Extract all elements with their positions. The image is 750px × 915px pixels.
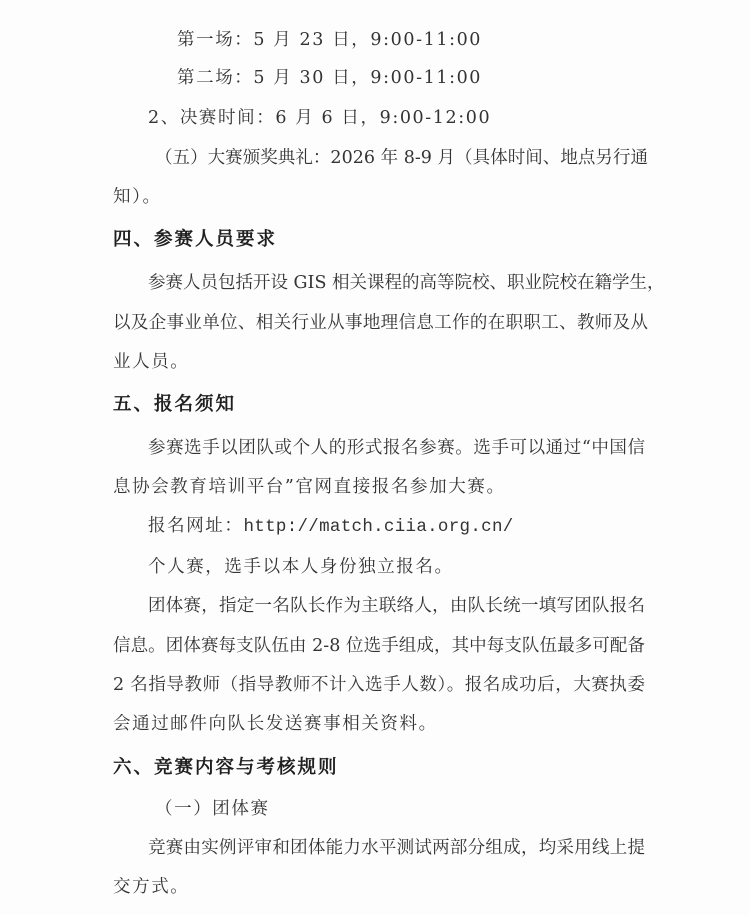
schedule-session-1: 第一场：5 月 23 日，9:00-11:00 [177,28,712,52]
section-4-paragraph-line-2: 以及企事业单位、相关行业从事地理信息工作的在职职工、教师及从 [113,311,648,335]
team-registration-line-1: 团体赛，指定一名队长作为主联络人，由队长统一填写团队报名 [148,594,645,618]
section-4-paragraph-line-3: 业人员。 [113,350,648,374]
section-4-heading: 四、参赛人员要求 [113,228,648,252]
section-5-heading: 五、报名须知 [113,393,648,417]
section-5-paragraph-line-2: 息协会教育培训平台”官网直接报名参加大赛。 [113,475,648,499]
section-6-heading: 六、竞赛内容与考核规则 [113,756,648,780]
section-6-paragraph-line-2: 交方式。 [113,875,648,899]
team-registration-line-4: 会通过邮件向队长发送赛事相关资料。 [113,712,648,736]
registration-url-link[interactable]: http://match.ciia.org.cn/ [244,517,514,537]
individual-registration: 个人赛，选手以本人身份独立报名。 [148,555,683,579]
registration-url-label: 报名网址： [148,516,244,536]
team-registration-line-2: 信息。团体赛每支队伍由 2-8 位选手组成，其中每支队伍最多可配备 [113,634,645,658]
section-4-paragraph-line-1: 参赛人员包括开设 GIS 相关课程的高等院校、职业院校在籍学生， [148,271,648,295]
team-registration-line-3: 2 名指导教师（指导教师不计入选手人数）。报名成功后，大赛执委 [113,673,645,697]
section-6-subheading: （一）团体赛 [155,797,690,821]
section-5-paragraph-line-1: 参赛选手以团队或个人的形式报名参赛。选手可以通过“中国信 [148,436,645,460]
schedule-final: 2、决赛时间：6 月 6 日，9:00-12:00 [148,106,683,130]
award-ceremony-line-1: （五）大赛颁奖典礼：2026 年 8-9 月（具体时间、地点另行通 [155,146,648,170]
schedule-session-2: 第二场：5 月 30 日，9:00-11:00 [177,66,712,90]
award-ceremony-line-2: 知）。 [113,185,648,209]
section-6-paragraph-line-1: 竞赛由实例评审和团体能力水平测试两部分组成，均采用线上提 [148,836,645,860]
document-page: 第一场：5 月 23 日，9:00-11:00 第二场：5 月 30 日，9:0… [0,0,750,915]
registration-url-line: 报名网址：http://match.ciia.org.cn/ [148,514,683,539]
